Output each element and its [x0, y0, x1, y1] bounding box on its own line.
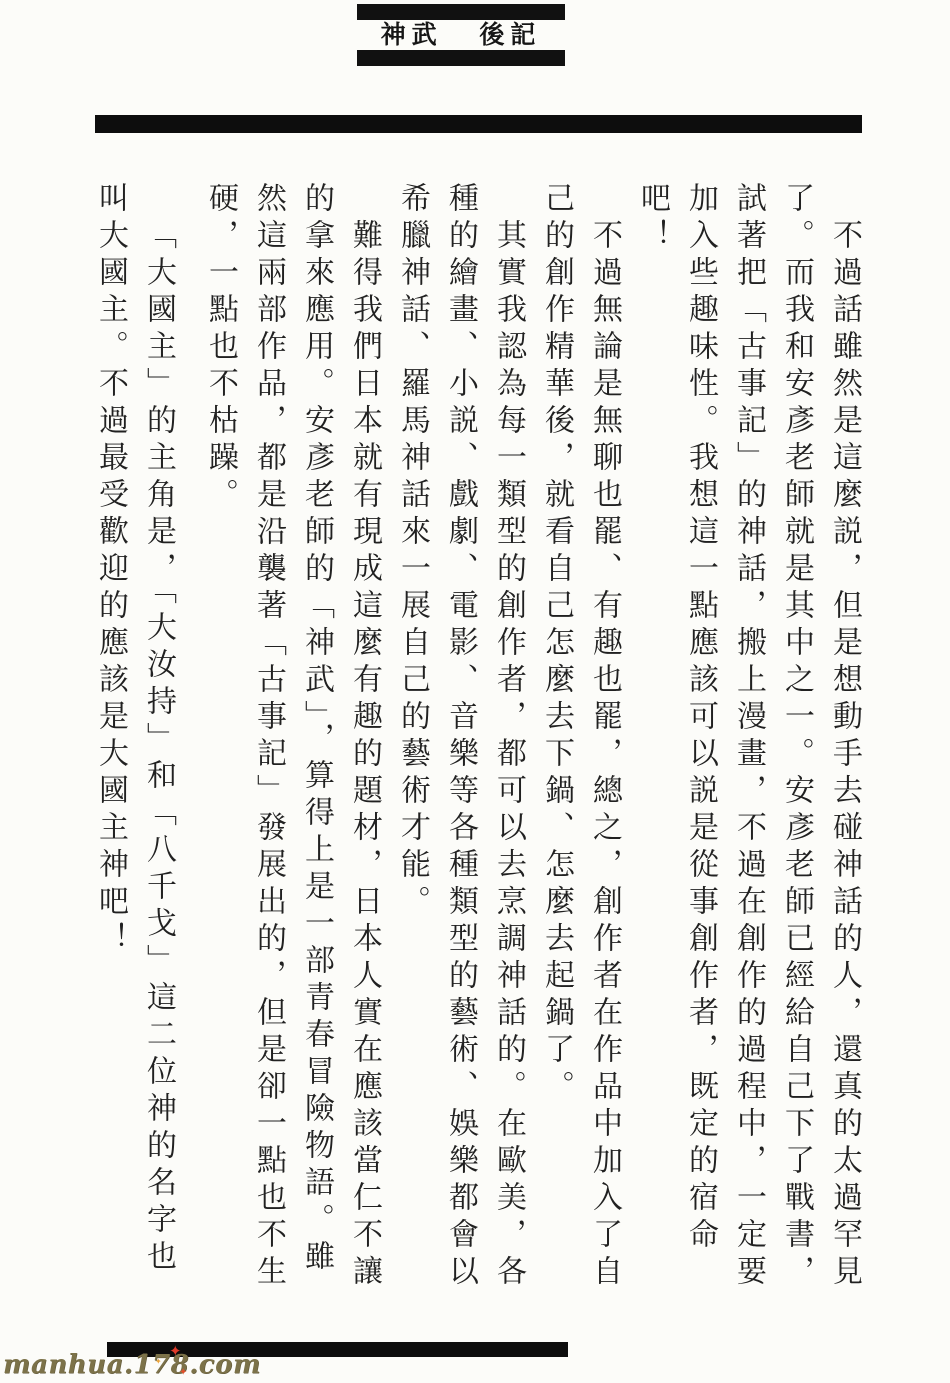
title-bottom-bar: [357, 50, 565, 66]
chapter-title-block: 神武 後記: [357, 4, 565, 66]
header-rule: [95, 115, 862, 133]
afterword-paragraph-2: 不過無論是無聊也罷、有趣也罷，總之，創作者在作品中加入了自己的創作精華後，就看自…: [532, 182, 628, 1302]
manga-afterword-page: 神武 後記 不過話雖然是這麼説，但是想動手去碰神話的人，還真的太過罕見了。而我和…: [0, 0, 950, 1383]
star-icon: ✦: [155, 1358, 162, 1366]
afterword-paragraph-4: 難得我們日本就有現成這麼有趣的題材，日本人實在應該當仁不讓的拿來應用。安彥老師的…: [196, 182, 388, 1302]
star-icon: ✦: [179, 1368, 187, 1378]
afterword-paragraph-1: 不過話雖然是這麼説，但是想動手去碰神話的人，還真的太過罕見了。而我和安彥老師就是…: [628, 182, 868, 1302]
afterword-text: 不過話雖然是這麼説，但是想動手去碰神話的人，還真的太過罕見了。而我和安彥老師就是…: [68, 182, 868, 1302]
star-icon: ✦: [169, 1344, 182, 1359]
title-top-bar: [357, 4, 565, 20]
site-watermark: manhua.178.com ✦ ✦ ✦: [3, 1350, 261, 1383]
page-title: 神武 後記: [357, 20, 565, 50]
watermark-text: manhua.178.com: [3, 1350, 261, 1380]
afterword-paragraph-5: 「大國主」的主角是，「大汝持」和「八千戈」這二位神的名字也叫大國主。不過最受歡迎…: [86, 182, 182, 1302]
afterword-paragraph-3: 其實我認為每一類型的創作者，都可以去烹調神話的。在歐美，各種的繪畫、小説、戲劇、…: [388, 182, 532, 1302]
